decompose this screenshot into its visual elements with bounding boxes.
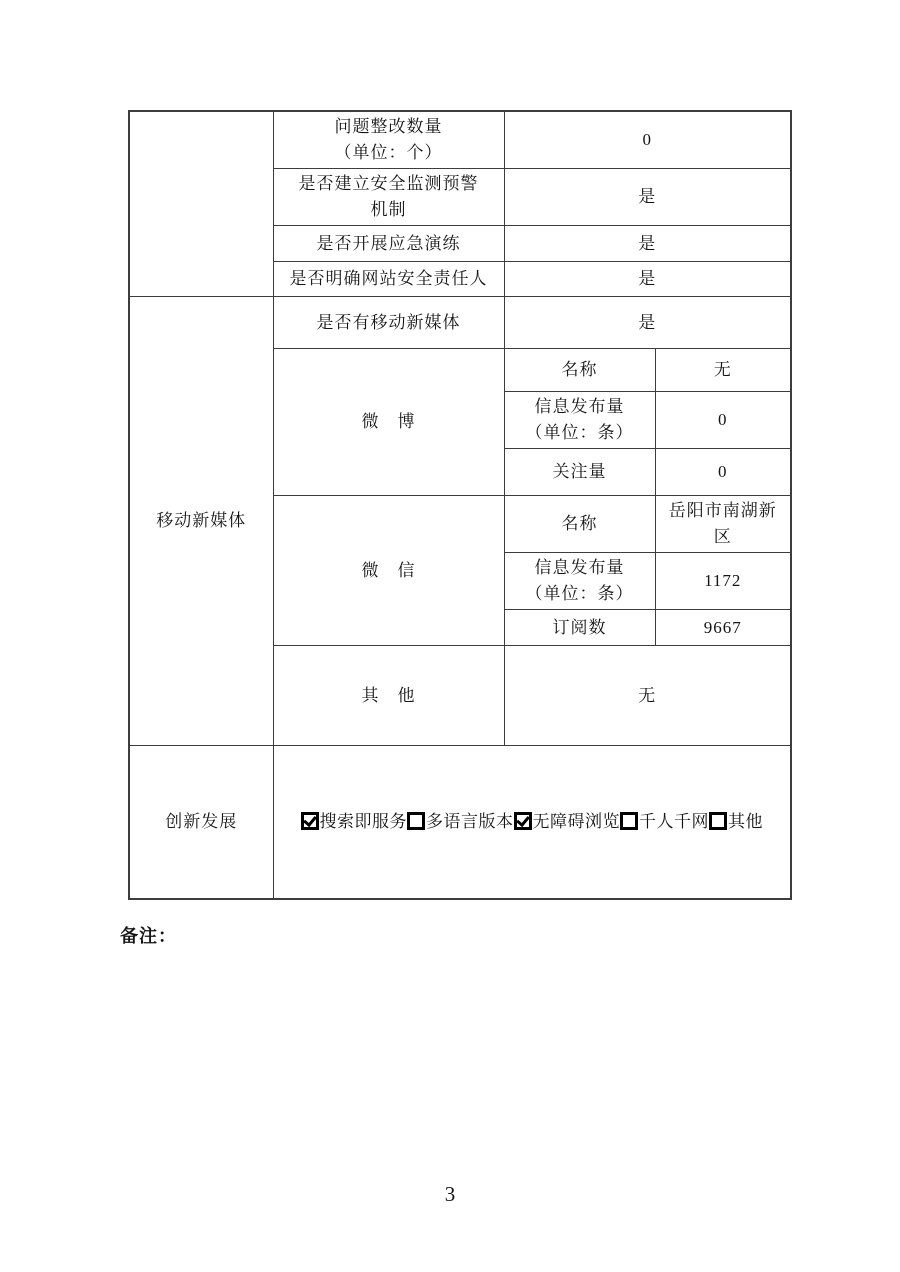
- option-multilingual: 多语言版本: [407, 809, 514, 835]
- option-search-as-service: 搜索即服务: [301, 809, 408, 835]
- label-emergency-drill: 是否开展应急演练: [273, 226, 504, 262]
- value-security-responsible-person: 是: [504, 262, 791, 297]
- checkbox-unchecked-icon: [407, 812, 425, 830]
- group-label-wechat: 微 信: [273, 496, 504, 646]
- checkbox-label: 其他: [728, 812, 763, 831]
- value-wechat-posts: 1172: [655, 553, 791, 610]
- option-other: 其他: [709, 809, 763, 835]
- value-wechat-subscribers: 9667: [655, 610, 791, 646]
- label-rectification-count: 问题整改数量 （单位：个）: [273, 111, 504, 169]
- value-has-mobile-media: 是: [504, 297, 791, 349]
- checkbox-unchecked-icon: [620, 812, 638, 830]
- group-label-weibo: 微 博: [273, 349, 504, 496]
- checkbox-label: 无障碍浏览: [533, 812, 621, 831]
- section-cell-mobile-media: 移动新媒体: [129, 297, 273, 746]
- value-security-monitoring-mechanism: 是: [504, 169, 791, 226]
- option-accessibility: 无障碍浏览: [514, 809, 621, 835]
- value-emergency-drill: 是: [504, 226, 791, 262]
- checkbox-unchecked-icon: [709, 812, 727, 830]
- label-wechat-subscribers: 订阅数: [504, 610, 655, 646]
- label-weibo-posts: 信息发布量 （单位：条）: [504, 392, 655, 449]
- label-security-monitoring-mechanism: 是否建立安全监测预警 机制: [273, 169, 504, 226]
- annual-report-table: 问题整改数量 （单位：个） 0 是否建立安全监测预警 机制 是 是否开展应急演练…: [128, 110, 792, 900]
- innovation-options-cell: 搜索即服务多语言版本无障碍浏览千人千网其他: [273, 746, 791, 899]
- section-cell-empty: [129, 111, 273, 297]
- section-cell-innovation: 创新发展: [129, 746, 273, 899]
- label-wechat-posts: 信息发布量 （单位：条）: [504, 553, 655, 610]
- group-label-other-media: 其 他: [273, 646, 504, 746]
- label-has-mobile-media: 是否有移动新媒体: [273, 297, 504, 349]
- checkbox-checked-icon: [301, 812, 319, 830]
- innovation-options: 搜索即服务多语言版本无障碍浏览千人千网其他: [282, 809, 783, 835]
- notes-label: 备注：: [120, 922, 177, 948]
- value-wechat-name: 岳阳市南湖新区: [655, 496, 791, 553]
- page-number: 3: [0, 1182, 900, 1207]
- option-personalized-web: 千人千网: [620, 809, 709, 835]
- checkbox-label: 千人千网: [639, 812, 709, 831]
- label-weibo-followers: 关注量: [504, 449, 655, 496]
- value-rectification-count: 0: [504, 111, 791, 169]
- label-wechat-name: 名称: [504, 496, 655, 553]
- value-other-media: 无: [504, 646, 791, 746]
- checkbox-label: 搜索即服务: [320, 812, 408, 831]
- checkbox-checked-icon: [514, 812, 532, 830]
- value-weibo-followers: 0: [655, 449, 791, 496]
- label-weibo-name: 名称: [504, 349, 655, 392]
- value-weibo-name: 无: [655, 349, 791, 392]
- checkbox-label: 多语言版本: [426, 812, 514, 831]
- document-page: 问题整改数量 （单位：个） 0 是否建立安全监测预警 机制 是 是否开展应急演练…: [0, 0, 900, 1272]
- value-weibo-posts: 0: [655, 392, 791, 449]
- label-security-responsible-person: 是否明确网站安全责任人: [273, 262, 504, 297]
